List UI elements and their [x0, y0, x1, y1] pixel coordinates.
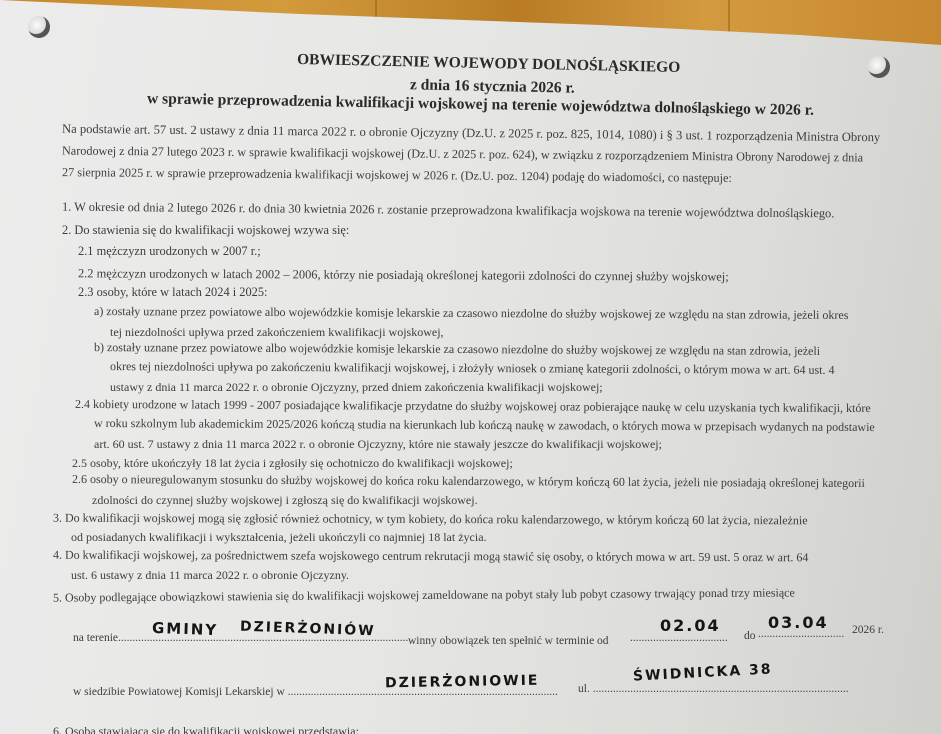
list-item: tej niezdolności upływa przed zakończeni…: [110, 325, 444, 340]
list-item: ust. 6 ustawy z dnia 11 marca 2022 r. o …: [71, 568, 349, 583]
list-item: 2. Do stawienia się do kwalifikacji wojs…: [62, 223, 349, 238]
list-item: 3. Do kwalifikacji wojskowej mogą się zg…: [53, 511, 808, 529]
intro-line: Narodowej z dnia 27 lutego 2023 r. w spr…: [62, 144, 863, 166]
list-item: 6. Osoba stawiająca się do kwalifikacji …: [53, 724, 359, 734]
street-label: ul. ....................................…: [578, 683, 849, 695]
list-item: 5. Osoby podlegające obowiązkowi stawien…: [53, 585, 795, 605]
handwritten-date-to: 03.04: [768, 613, 829, 632]
document-paper: OBWIESZCZENIE WOJEWODY DOLNOŚLĄSKIEGO z …: [0, 0, 941, 734]
to-label: do: [744, 630, 756, 642]
intro-line: Na podstawie art. 57 ust. 2 ustawy z dni…: [62, 122, 880, 146]
handwritten-city: DZIERŻONIOWIE: [385, 673, 540, 692]
handwritten-street: ŚWIDNICKA 38: [633, 661, 773, 684]
list-item: 2.1 mężczyzn urodzonych w 2007 r.;: [78, 244, 261, 259]
list-item: art. 60 ust. 7 ustawy z dnia 11 marca 20…: [94, 437, 662, 452]
list-item: 2.3 osoby, które w latach 2024 i 2025:: [78, 285, 268, 300]
list-item: 4. Do kwalifikacji wojskowej, za pośredn…: [53, 548, 808, 566]
list-item: 2.6 osoby o nieuregulowanym stosunku do …: [72, 472, 865, 491]
list-item: 2.2 mężczyzn urodzonych w latach 2002 – …: [78, 266, 729, 284]
year-suffix: 2026 r.: [852, 624, 884, 636]
list-item: a) zostały uznane przez powiatowe albo w…: [94, 304, 848, 323]
handwritten-date-from: 02.04: [660, 616, 721, 635]
handwritten-area-1: GMINY: [152, 619, 219, 639]
obligation-text: winny obowiązek ten spełnić w terminie o…: [408, 635, 609, 647]
list-item: 2.5 osoby, które ukończyły 18 lat życia …: [72, 456, 513, 471]
intro-line: 27 sierpnia 2025 r. w sprawie przeprowad…: [62, 165, 732, 186]
list-item: w roku szkolnym lub akademickim 2025/202…: [94, 416, 875, 435]
list-item: 1. W okresie od dnia 2 lutego 2026 r. do…: [62, 200, 834, 222]
list-item: 2.4 kobiety urodzone w latach 1999 - 200…: [75, 397, 871, 416]
list-item: zdolności do czynnej służby wojskowej i …: [92, 493, 478, 508]
pushpin-icon: [28, 16, 50, 38]
list-item: ustawy z dnia 11 marca 2022 r. o obronie…: [110, 380, 603, 395]
list-item: od posiadanych kwalifikacji i wykształce…: [71, 530, 487, 545]
document-title: OBWIESZCZENIE WOJEWODY DOLNOŚLĄSKIEGO: [297, 51, 681, 77]
pushpin-icon: [868, 56, 890, 78]
list-item: b) zostały uznane przez powiatowe albo w…: [94, 340, 820, 359]
list-item: okres tej niezdolności upływa po zakończ…: [110, 359, 835, 378]
